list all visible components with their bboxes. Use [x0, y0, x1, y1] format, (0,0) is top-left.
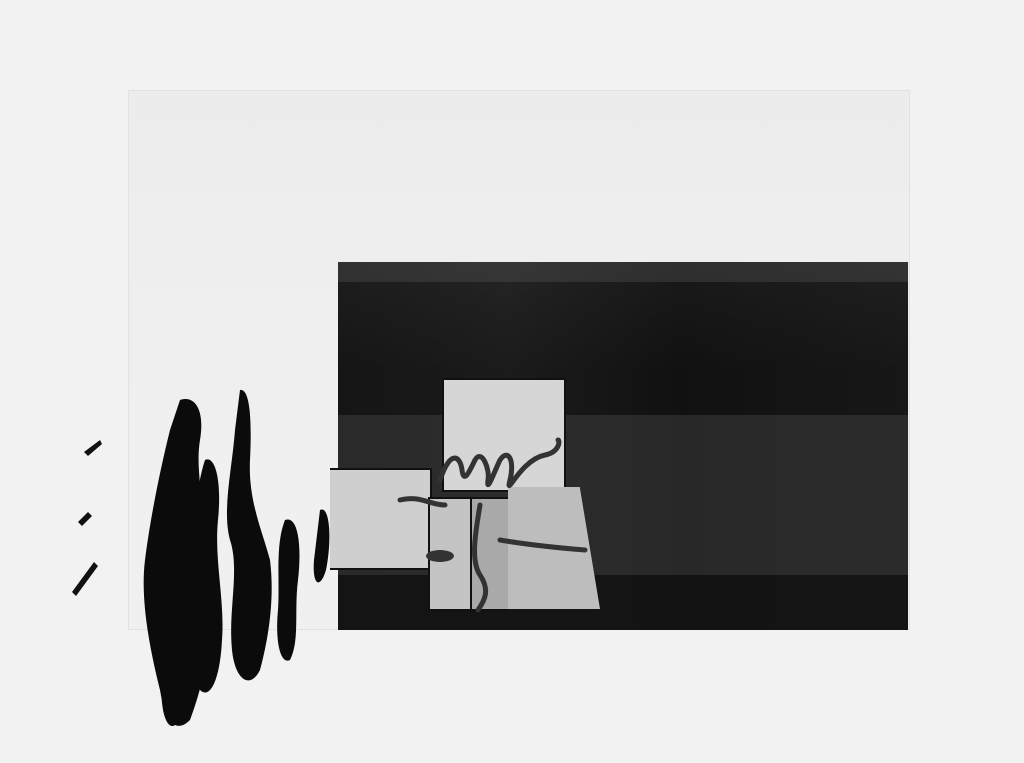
ink-marks [0, 0, 1024, 763]
scribble-line [400, 440, 585, 610]
ink-blot [144, 390, 330, 726]
ink-flecks [72, 440, 102, 596]
